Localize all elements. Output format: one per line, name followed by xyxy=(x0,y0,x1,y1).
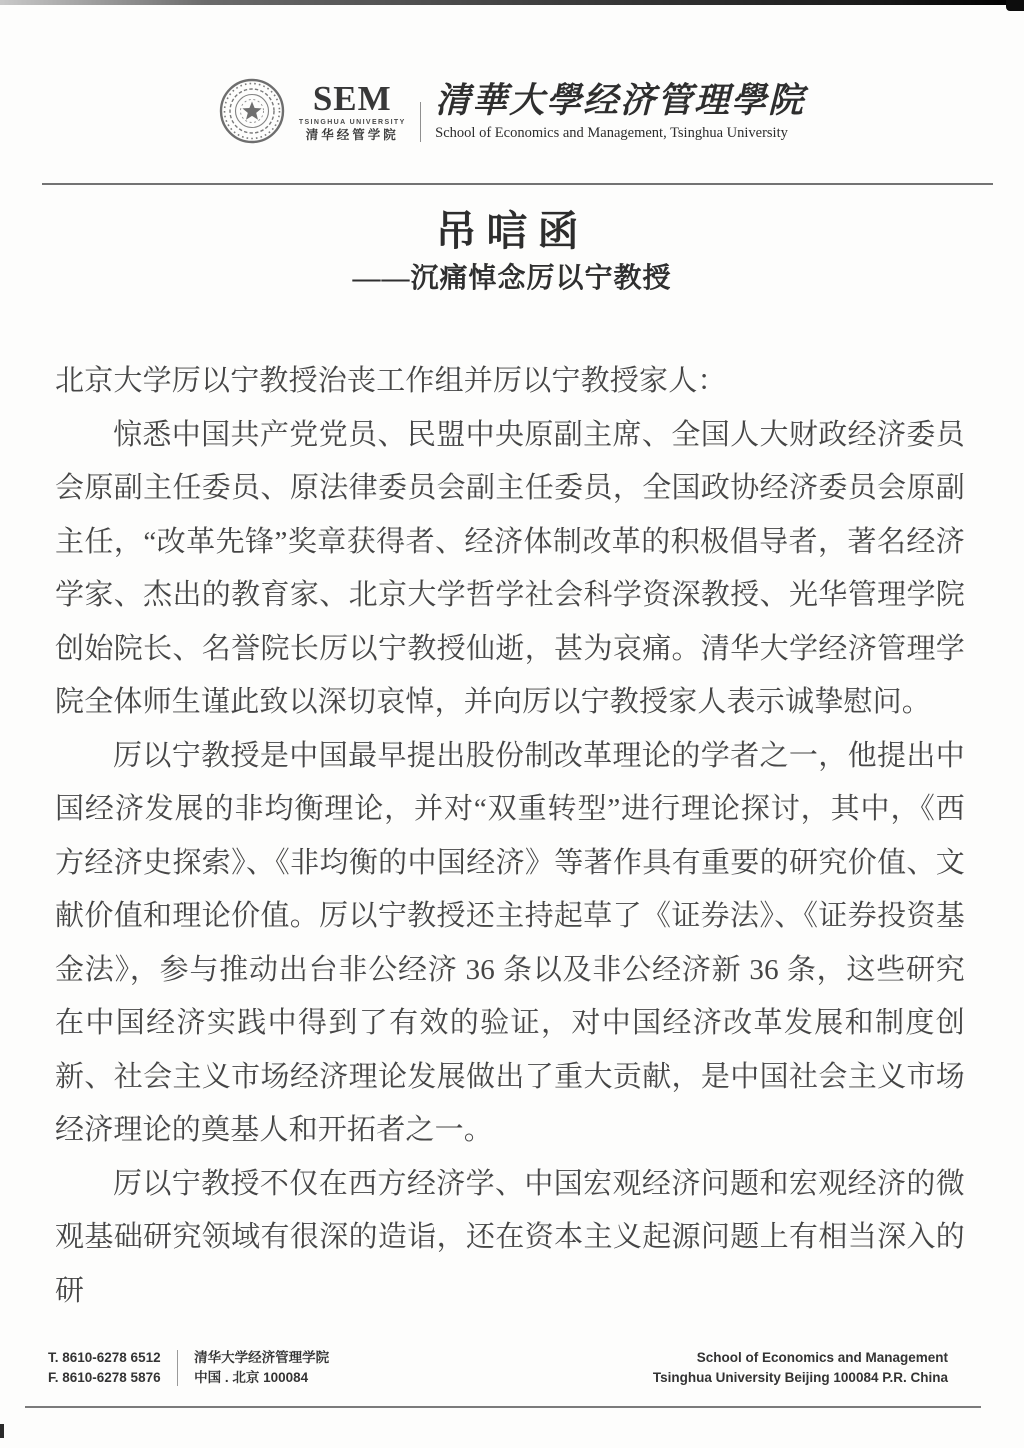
paragraph-3: 厉以宁教授不仅在西方经济学、中国宏观经济问题和宏观经济的微观基础研究领域有很深的… xyxy=(55,1158,965,1319)
footer-contact: T. 8610-6278 6512 F. 8610-6278 5876 xyxy=(48,1348,161,1388)
footer-divider-line xyxy=(177,1350,179,1386)
school-name-block: 清華大學经济管理學院 School of Economics and Manag… xyxy=(435,81,805,142)
scanner-artifact-top xyxy=(0,0,1024,5)
page-footer: T. 8610-6278 6512 F. 8610-6278 5876 清华大学… xyxy=(48,1348,948,1388)
footer-telephone: T. 8610-6278 6512 xyxy=(48,1348,161,1368)
sem-logo-university: TSINGHUA UNIVERSITY xyxy=(299,119,406,126)
footer-address-cn: 清华大学经济管理学院 中国 . 北京 100084 xyxy=(194,1348,329,1388)
footer-university-en: Tsinghua University Beijing 100084 P.R. … xyxy=(653,1368,948,1388)
sem-logo-block: SEM TSINGHUA UNIVERSITY 清华经管学院 xyxy=(299,81,406,142)
document-subtitle: ——沉痛悼念厉以宁教授 xyxy=(0,256,1024,296)
tsinghua-seal-icon xyxy=(219,78,285,144)
document-title: 吊唁函 xyxy=(0,198,1024,257)
footer-org-address: 中国 . 北京 100084 xyxy=(194,1368,329,1388)
salutation: 北京大学厉以宁教授治丧工作组并厉以宁教授家人： xyxy=(55,355,965,409)
header-logo: SEM TSINGHUA UNIVERSITY 清华经管学院 清華大學经济管理學… xyxy=(0,78,1024,144)
scanner-artifact-corner xyxy=(1006,0,1024,11)
footer-bottom-line xyxy=(25,1406,981,1408)
sem-logo-text: SEM xyxy=(313,81,392,116)
school-name-english: School of Economics and Management, Tsin… xyxy=(435,125,805,142)
paragraph-2: 厉以宁教授是中国最早提出股份制改革理论的学者之一，他提出中国经济发展的非均衡理论… xyxy=(55,730,965,1158)
header-divider-line xyxy=(42,183,993,185)
footer-school-en: School of Economics and Management xyxy=(653,1348,948,1368)
letter-body: 北京大学厉以宁教授治丧工作组并厉以宁教授家人： 惊悉中国共产党党员、民盟中央原副… xyxy=(55,355,965,1318)
school-name-calligraphy: 清華大學经济管理學院 xyxy=(435,81,805,121)
scanned-letter-page: SEM TSINGHUA UNIVERSITY 清华经管学院 清華大學经济管理學… xyxy=(0,0,1024,1448)
footer-fax: F. 8610-6278 5876 xyxy=(48,1368,161,1388)
logo-divider xyxy=(420,102,422,142)
footer-address-en: School of Economics and Management Tsing… xyxy=(653,1348,948,1388)
paragraph-1: 惊悉中国共产党党员、民盟中央原副主席、全国人大财政经济委员会原副主任委员、原法律… xyxy=(55,409,965,730)
footer-org-name: 清华大学经济管理学院 xyxy=(194,1348,329,1368)
scanner-artifact-left xyxy=(0,1424,4,1438)
sem-logo-school-cn: 清华经管学院 xyxy=(306,129,399,142)
